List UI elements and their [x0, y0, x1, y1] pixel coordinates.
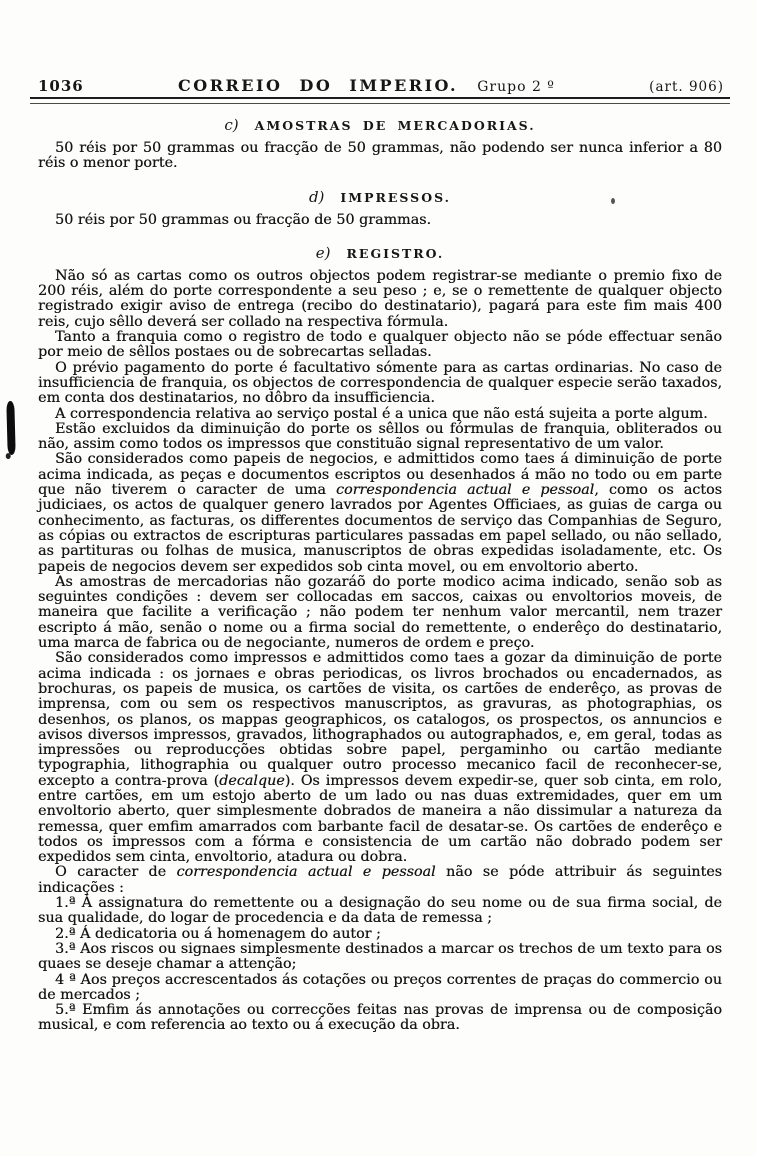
page-number: 1036 — [38, 77, 84, 95]
list-item-4: 4 ª Aos preços accrescentados ás cotaçõe… — [38, 973, 722, 1004]
section-title: IMPRESSOS. — [340, 190, 451, 205]
paragraph: Estão excluidos da diminuição do porte o… — [38, 422, 722, 453]
section-amostras-de-mercadorias: c)AMOSTRAS DE MERCADORIAS. 50 réis por 5… — [38, 115, 722, 172]
document-page: 1036 CORREIO DO IMPERIO. Grupo 2 º (art.… — [0, 0, 757, 1156]
paragraph: O caracter de correspondencia actual e p… — [38, 865, 722, 896]
paragraph: O prévio pagamento do porte é facultativ… — [38, 361, 722, 407]
header-rule — [30, 97, 730, 104]
running-header: 1036 CORREIO DO IMPERIO. Grupo 2 º (art.… — [38, 76, 724, 95]
list-item-1: 1.ª Á assignatura do remettente ou a des… — [38, 896, 722, 927]
header-group: Grupo 2 º — [477, 79, 555, 95]
list-item-3: 3.ª Aos riscos ou signaes simplesmente d… — [38, 942, 722, 973]
paragraph: São considerados como papeis de negocios… — [38, 452, 722, 574]
header-title: CORREIO DO IMPERIO. — [178, 76, 458, 95]
section-heading: c)AMOSTRAS DE MERCADORIAS. — [38, 115, 722, 134]
section-impressos: d)IMPRESSOS. 50 réis por 50 grammas ou f… — [38, 187, 722, 228]
paragraph: São considerados como impressos e admitt… — [38, 651, 722, 865]
header-center: CORREIO DO IMPERIO. Grupo 2 º — [178, 76, 555, 95]
section-title: AMOSTRAS DE MERCADORIAS. — [255, 118, 536, 133]
list-item-5: 5.ª Emfim ás annotações ou correcções fe… — [38, 1003, 722, 1034]
section-registro: e)REGISTRO. Não só as cartas como os out… — [38, 243, 722, 1034]
paragraph: Não só as cartas como os outros objectos… — [38, 269, 722, 330]
section-title: REGISTRO. — [347, 246, 445, 261]
list-item-2: 2.ª Á dedicatoria ou á homenagem do auto… — [38, 927, 722, 942]
paragraph: 50 réis por 50 grammas ou fracção de 50 … — [38, 141, 722, 172]
section-letter: e) — [316, 244, 331, 262]
section-letter: d) — [309, 188, 324, 206]
header-article-ref: (art. 906) — [649, 79, 724, 95]
section-heading: d)IMPRESSOS. — [38, 187, 722, 206]
paragraph: Tanto a franquia como o registro de todo… — [38, 330, 722, 361]
paragraph: A correspondencia relativa ao serviço po… — [38, 407, 722, 422]
paragraph: 50 réis por 50 grammas ou fracção de 50 … — [38, 213, 722, 228]
section-letter: c) — [224, 116, 238, 134]
paragraph: As amostras de mercadorias não gozaráõ d… — [38, 575, 722, 651]
text-column: c)AMOSTRAS DE MERCADORIAS. 50 réis por 5… — [38, 108, 722, 1034]
margin-ink-mark — [6, 401, 15, 455]
section-heading: e)REGISTRO. — [38, 243, 722, 262]
